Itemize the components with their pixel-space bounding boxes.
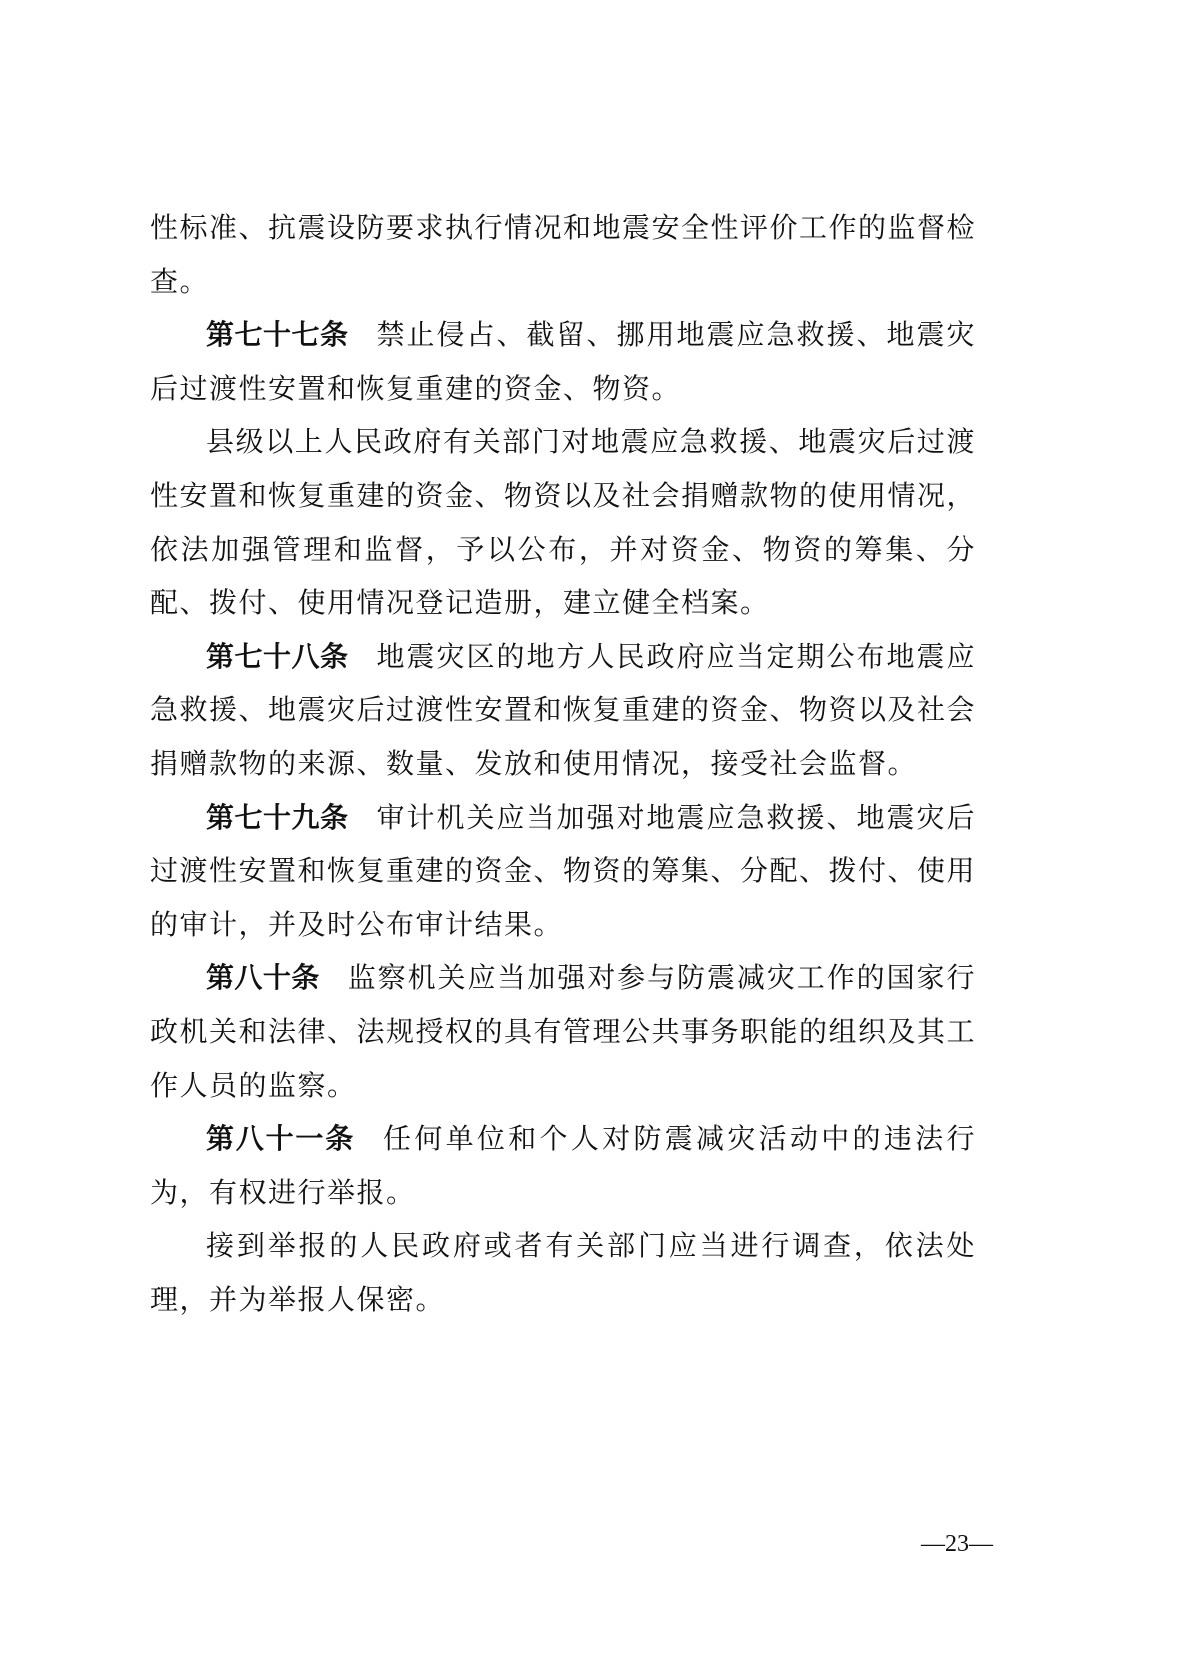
article-78: 第七十八条地震灾区的地方人民政府应当定期公布地震应急救援、地震灾后过渡性安置和恢… <box>150 630 976 791</box>
article-79: 第七十九条审计机关应当加强对地震应急救援、地震灾后过渡性安置和恢复重建的资金、物… <box>150 791 976 952</box>
article-heading: 第七十七条 <box>206 318 349 351</box>
article-80: 第八十条监察机关应当加强对参与防震减灾工作的国家行政机关和法律、法规授权的具有管… <box>150 951 976 1112</box>
paragraph-text: 性标准、抗震设防要求执行情况和地震安全性评价工作的监督检查。 <box>150 211 976 298</box>
article-heading: 第八十一条 <box>206 1122 355 1155</box>
paragraph-continuation: 性标准、抗震设防要求执行情况和地震安全性评价工作的监督检查。 <box>150 201 976 308</box>
document-page: 性标准、抗震设防要求执行情况和地震安全性评价工作的监督检查。 第七十七条禁止侵占… <box>0 0 1185 1678</box>
article-heading: 第七十九条 <box>206 801 349 834</box>
page-number: —23— <box>921 1531 993 1558</box>
article-81-clause-2: 接到举报的人民政府或者有关部门应当进行调查，依法处理，并为举报人保密。 <box>150 1219 976 1326</box>
document-body: 性标准、抗震设防要求执行情况和地震安全性评价工作的监督检查。 第七十七条禁止侵占… <box>150 201 976 1326</box>
article-77: 第七十七条禁止侵占、截留、挪用地震应急救援、地震灾后过渡性安置和恢复重建的资金、… <box>150 308 976 415</box>
article-81: 第八十一条任何单位和个人对防震减灾活动中的违法行为，有权进行举报。 <box>150 1112 976 1219</box>
paragraph-text: 县级以上人民政府有关部门对地震应急救援、地震灾后过渡性安置和恢复重建的资金、物资… <box>150 425 976 619</box>
article-77-clause-2: 县级以上人民政府有关部门对地震应急救援、地震灾后过渡性安置和恢复重建的资金、物资… <box>150 415 976 629</box>
article-heading: 第七十八条 <box>206 640 349 673</box>
article-heading: 第八十条 <box>206 961 320 994</box>
paragraph-text: 接到举报的人民政府或者有关部门应当进行调查，依法处理，并为举报人保密。 <box>150 1229 976 1316</box>
